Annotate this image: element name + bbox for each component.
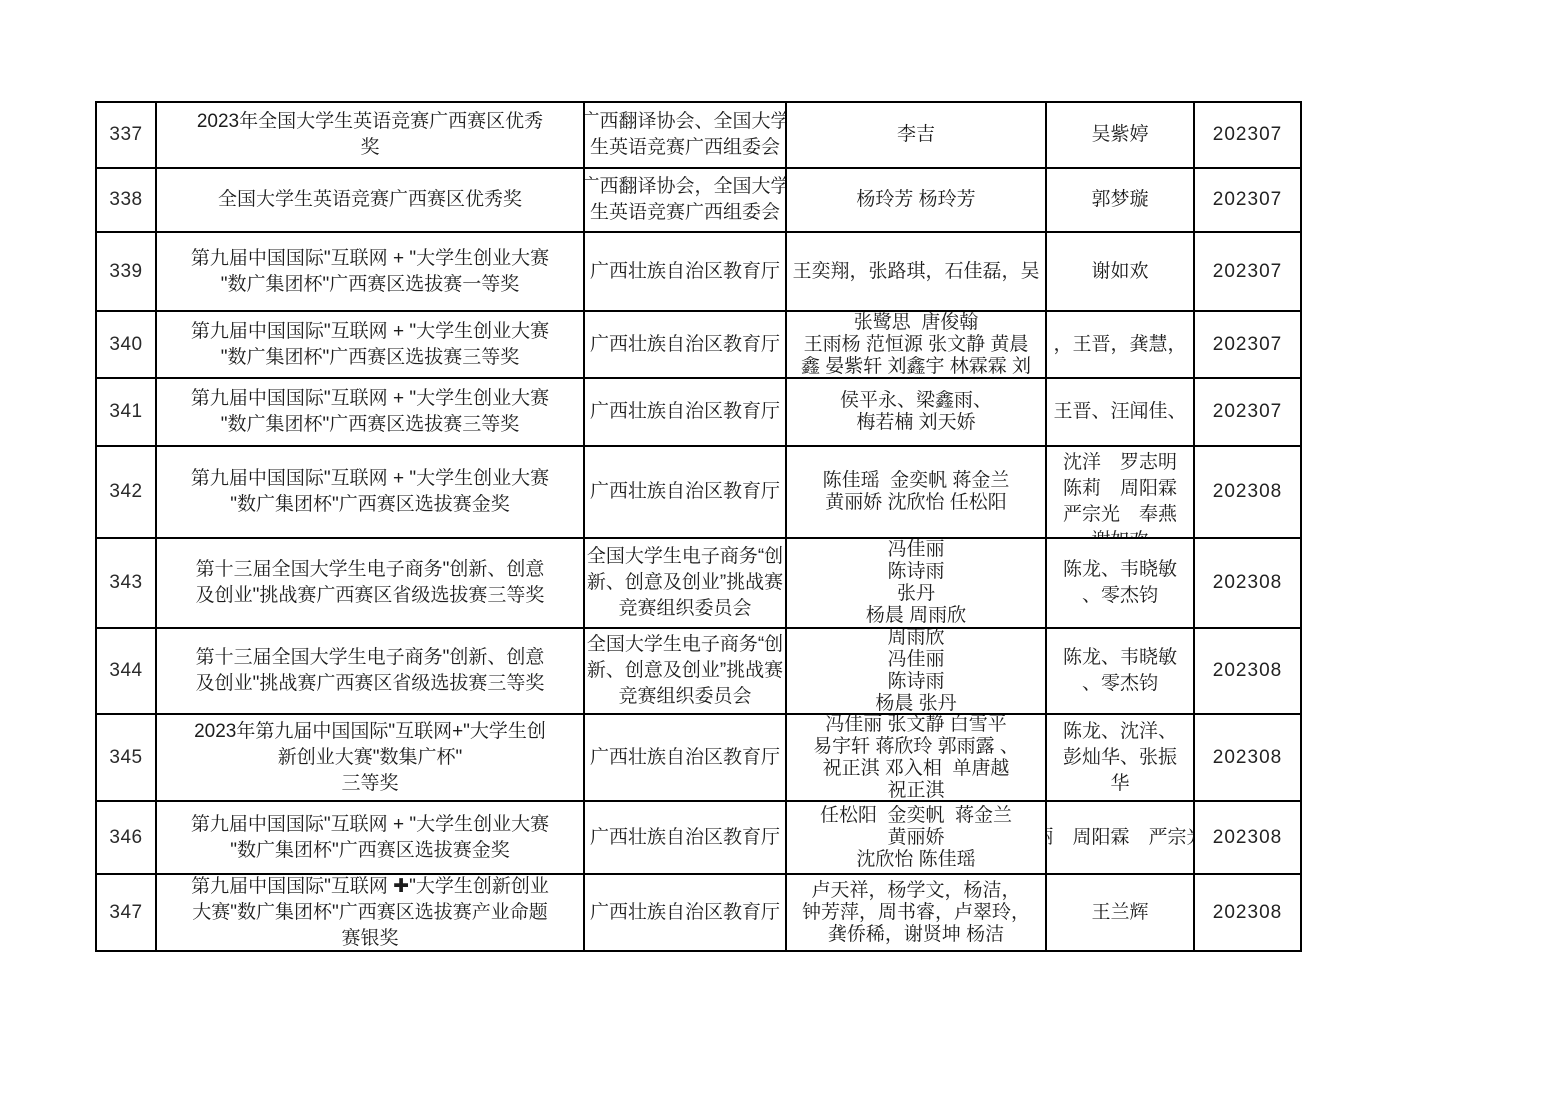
cell-student-names-text: 任松阳 金奕帆 蒋金兰 黄丽娇 沈欣怡 陈佳瑶	[820, 805, 1012, 871]
cell-date-text: 202307	[1213, 187, 1282, 213]
table-row: 3372023年全国大学生英语竞赛广西赛区优秀 奖广西翻译协会、全国大学 生英语…	[97, 103, 1302, 169]
cell-award-name-text: 第九届中国国际"互联网 + "大学生创业大赛 "数广集团杯"广西赛区选拔赛一等奖	[191, 246, 549, 298]
cell-teacher-names-text: 谢如欢	[1091, 259, 1148, 285]
cell-award-name-text: 第九届中国国际"互联网 + "大学生创业大赛 "数广集团杯"广西赛区选拔赛金奖	[191, 812, 549, 864]
cell-teacher-names-text: 陈龙、韦晓敏 、零杰钧	[1063, 645, 1177, 697]
cell-date: 202307	[1195, 103, 1302, 169]
cell-row-number-text: 341	[109, 399, 142, 425]
cell-award-name-text: 第九届中国国际"互联网 + "大学生创业大赛 "数广集团杯"广西赛区选拔赛三等奖	[191, 319, 549, 371]
cell-date: 202307	[1195, 233, 1302, 312]
cell-award-name-text: 2023年第九届中国国际"互联网+"大学生创 新创业大赛"数集广杯" 三等奖	[194, 719, 546, 797]
cell-teacher-names: 陈龙、沈洋、 彭灿华、张振 华	[1047, 715, 1195, 802]
cell-issuing-org-text: 广西壮族自治区教育厅	[590, 745, 780, 771]
cell-student-names-text: 杨玲芳 杨玲芳	[856, 189, 975, 211]
table-row: 338全国大学生英语竞赛广西赛区优秀奖广西翻译协会，全国大学 生英语竞赛广西组委…	[97, 169, 1302, 233]
cell-date-text: 202308	[1213, 825, 1282, 851]
cell-award-name: 第九届中国国际"互联网 ✚"大学生创新创业 大赛"数广集团杯"广西赛区选拔赛产业…	[157, 875, 585, 952]
cell-row-number: 337	[97, 103, 157, 169]
cell-issuing-org-text: 广西壮族自治区教育厅	[590, 479, 780, 505]
cell-student-names: 周雨欣 冯佳丽 陈诗雨 杨晨 张丹	[787, 629, 1047, 715]
cell-row-number-text: 343	[109, 570, 142, 596]
cell-row-number-text: 340	[109, 332, 142, 358]
table-row: 339第九届中国国际"互联网 + "大学生创业大赛 "数广集团杯"广西赛区选拔赛…	[97, 233, 1302, 312]
table-row: 346第九届中国国际"互联网 + "大学生创业大赛 "数广集团杯"广西赛区选拔赛…	[97, 802, 1302, 875]
cell-award-name-text: 第九届中国国际"互联网 + "大学生创业大赛 "数广集团杯"广西赛区选拔赛金奖	[191, 466, 549, 518]
cell-issuing-org: 全国大学生电子商务“创 新、创意及创业”挑战赛 竞赛组织委员会	[585, 629, 787, 715]
cell-teacher-names: 王兰辉	[1047, 875, 1195, 952]
cell-date-text: 202308	[1213, 900, 1282, 926]
cell-issuing-org: 广西翻译协会、全国大学 生英语竞赛广西组委会	[585, 103, 787, 169]
cell-teacher-names-text: 王兰辉	[1091, 900, 1148, 926]
cell-date-text: 202308	[1213, 658, 1282, 684]
document-page: { "table": { "rows": [ { "num": "337", "…	[0, 0, 1559, 1102]
cell-student-names: 陈佳瑶 金奕帆 蒋金兰 黄丽娇 沈欣怡 任松阳	[787, 447, 1047, 539]
cell-student-names-text: 周雨欣 冯佳丽 陈诗雨 杨晨 张丹	[875, 629, 956, 715]
cell-row-number-text: 344	[109, 658, 142, 684]
cell-student-names-text: 冯佳丽 张文静 白雪平 易宇轩 蒋欣玲 郭雨露 、 祝正淇 邓入相 单唐越 祝正…	[813, 715, 1019, 802]
cell-date: 202308	[1195, 629, 1302, 715]
cell-student-names: 冯佳丽 张文静 白雪平 易宇轩 蒋欣玲 郭雨露 、 祝正淇 邓入相 单唐越 祝正…	[787, 715, 1047, 802]
cell-date-text: 202307	[1213, 332, 1282, 358]
cell-row-number: 343	[97, 539, 157, 629]
cell-award-name: 第九届中国国际"互联网 + "大学生创业大赛 "数广集团杯"广西赛区选拔赛金奖	[157, 802, 585, 875]
cell-row-number: 342	[97, 447, 157, 539]
cell-date-text: 202307	[1213, 259, 1282, 285]
awards-table: 3372023年全国大学生英语竞赛广西赛区优秀 奖广西翻译协会、全国大学 生英语…	[95, 101, 1302, 952]
table-row: 347第九届中国国际"互联网 ✚"大学生创新创业 大赛"数广集团杯"广西赛区选拔…	[97, 875, 1302, 952]
cell-teacher-names-text: 郭梦璇	[1091, 187, 1148, 213]
cell-row-number: 338	[97, 169, 157, 233]
cell-teacher-names-text: 沈洋 罗志明 陈莉 周阳霖 严宗光 奉燕 谢如欢	[1063, 450, 1177, 539]
cell-issuing-org-text: 广西壮族自治区教育厅	[590, 825, 780, 851]
cell-issuing-org: 广西壮族自治区教育厅	[585, 802, 787, 875]
cell-student-names: 侯平永、梁鑫雨、 梅若楠 刘天娇	[787, 379, 1047, 447]
cell-issuing-org-text: 广西壮族自治区教育厅	[590, 259, 780, 285]
cell-row-number-text: 337	[109, 122, 142, 148]
cell-award-name: 第九届中国国际"互联网 + "大学生创业大赛 "数广集团杯"广西赛区选拔赛三等奖	[157, 312, 585, 379]
cell-award-name-text: 第十三届全国大学生电子商务"创新、创意 及创业"挑战赛广西赛区省级选拔赛三等奖	[196, 557, 545, 609]
table-row: 343第十三届全国大学生电子商务"创新、创意 及创业"挑战赛广西赛区省级选拔赛三…	[97, 539, 1302, 629]
cell-award-name: 第九届中国国际"互联网 + "大学生创业大赛 "数广集团杯"广西赛区选拔赛一等奖	[157, 233, 585, 312]
cell-date: 202307	[1195, 379, 1302, 447]
cell-teacher-names: ，王晋，龚慧，	[1047, 312, 1195, 379]
cell-teacher-names-text: 丽 周阳霖 严宗光	[1047, 825, 1195, 851]
cell-student-names-text: 侯平永、梁鑫雨、 梅若楠 刘天娇	[840, 390, 992, 434]
cell-issuing-org: 全国大学生电子商务“创 新、创意及创业”挑战赛 竞赛组织委员会	[585, 539, 787, 629]
cell-student-names-text: 卢天祥，杨学文，杨洁， 钟芳萍，周书睿，卢翠玲， 龚侨稀，谢贤坤 杨洁	[802, 880, 1030, 946]
cell-date: 202308	[1195, 875, 1302, 952]
cell-award-name-text: 第九届中国国际"互联网 ✚"大学生创新创业 大赛"数广集团杯"广西赛区选拔赛产业…	[191, 875, 549, 952]
cell-award-name: 第九届中国国际"互联网 + "大学生创业大赛 "数广集团杯"广西赛区选拔赛金奖	[157, 447, 585, 539]
cell-date-text: 202308	[1213, 570, 1282, 596]
cell-date-text: 202307	[1213, 399, 1282, 425]
cell-row-number: 347	[97, 875, 157, 952]
cell-award-name: 第十三届全国大学生电子商务"创新、创意 及创业"挑战赛广西赛区省级选拔赛三等奖	[157, 629, 585, 715]
cell-student-names-text: 王奕翔，张路琪，石佳磊，吴	[792, 261, 1039, 283]
cell-row-number-text: 342	[109, 479, 142, 505]
cell-student-names: 卢天祥，杨学文，杨洁， 钟芳萍，周书睿，卢翠玲， 龚侨稀，谢贤坤 杨洁	[787, 875, 1047, 952]
cell-student-names-text: 张鹭思 唐俊翰 王雨杨 范恒源 张文静 黄晨 鑫 晏紫轩 刘鑫宇 林霖霖 刘	[801, 312, 1031, 378]
table-row: 344第十三届全国大学生电子商务"创新、创意 及创业"挑战赛广西赛区省级选拔赛三…	[97, 629, 1302, 715]
cell-teacher-names: 丽 周阳霖 严宗光	[1047, 802, 1195, 875]
cell-teacher-names: 陈龙、韦晓敏 、零杰钧	[1047, 539, 1195, 629]
table-row: 341第九届中国国际"互联网 + "大学生创业大赛 "数广集团杯"广西赛区选拔赛…	[97, 379, 1302, 447]
cell-award-name: 第九届中国国际"互联网 + "大学生创业大赛 "数广集团杯"广西赛区选拔赛三等奖	[157, 379, 585, 447]
cell-teacher-names: 吴紫婷	[1047, 103, 1195, 169]
cell-issuing-org: 广西壮族自治区教育厅	[585, 715, 787, 802]
cell-teacher-names-text: 陈龙、韦晓敏 、零杰钧	[1063, 557, 1177, 609]
cell-award-name: 全国大学生英语竞赛广西赛区优秀奖	[157, 169, 585, 233]
cell-date: 202308	[1195, 802, 1302, 875]
cell-issuing-org-text: 广西壮族自治区教育厅	[590, 900, 780, 926]
cell-student-names: 冯佳丽 陈诗雨 张丹 杨晨 周雨欣	[787, 539, 1047, 629]
cell-date: 202308	[1195, 539, 1302, 629]
cell-award-name-text: 第九届中国国际"互联网 + "大学生创业大赛 "数广集团杯"广西赛区选拔赛三等奖	[191, 386, 549, 438]
cell-student-names: 杨玲芳 杨玲芳	[787, 169, 1047, 233]
cell-date-text: 202307	[1213, 122, 1282, 148]
cell-student-names: 任松阳 金奕帆 蒋金兰 黄丽娇 沈欣怡 陈佳瑶	[787, 802, 1047, 875]
cell-row-number: 346	[97, 802, 157, 875]
cell-date-text: 202308	[1213, 745, 1282, 771]
cell-issuing-org: 广西壮族自治区教育厅	[585, 233, 787, 312]
cell-issuing-org: 广西壮族自治区教育厅	[585, 447, 787, 539]
cell-award-name-text: 第十三届全国大学生电子商务"创新、创意 及创业"挑战赛广西赛区省级选拔赛三等奖	[196, 645, 545, 697]
cell-teacher-names: 谢如欢	[1047, 233, 1195, 312]
cell-award-name-text: 2023年全国大学生英语竞赛广西赛区优秀 奖	[197, 109, 543, 161]
cell-student-names-text: 李吉	[897, 124, 935, 146]
cell-award-name: 第十三届全国大学生电子商务"创新、创意 及创业"挑战赛广西赛区省级选拔赛三等奖	[157, 539, 585, 629]
cell-issuing-org-text: 广西壮族自治区教育厅	[590, 399, 780, 425]
table-row: 3452023年第九届中国国际"互联网+"大学生创 新创业大赛"数集广杯" 三等…	[97, 715, 1302, 802]
cell-issuing-org-text: 广西翻译协会，全国大学 生英语竞赛广西组委会	[585, 174, 787, 226]
cell-student-names: 王奕翔，张路琪，石佳磊，吴	[787, 233, 1047, 312]
cell-issuing-org-text: 全国大学生电子商务“创 新、创意及创业”挑战赛 竞赛组织委员会	[587, 632, 783, 710]
cell-row-number: 345	[97, 715, 157, 802]
cell-student-names-text: 冯佳丽 陈诗雨 张丹 杨晨 周雨欣	[866, 539, 966, 627]
cell-date: 202307	[1195, 169, 1302, 233]
cell-row-number-text: 345	[109, 745, 142, 771]
cell-award-name-text: 全国大学生英语竞赛广西赛区优秀奖	[218, 187, 522, 213]
cell-row-number-text: 339	[109, 259, 142, 285]
cell-student-names-text: 陈佳瑶 金奕帆 蒋金兰 黄丽娇 沈欣怡 任松阳	[823, 470, 1010, 514]
table-row: 340第九届中国国际"互联网 + "大学生创业大赛 "数广集团杯"广西赛区选拔赛…	[97, 312, 1302, 379]
cell-row-number-text: 347	[109, 900, 142, 926]
cell-date-text: 202308	[1213, 479, 1282, 505]
cell-award-name: 2023年第九届中国国际"互联网+"大学生创 新创业大赛"数集广杯" 三等奖	[157, 715, 585, 802]
cell-issuing-org: 广西壮族自治区教育厅	[585, 379, 787, 447]
cell-teacher-names: 王晋、汪闻佳、	[1047, 379, 1195, 447]
cell-issuing-org-text: 广西翻译协会、全国大学 生英语竞赛广西组委会	[585, 109, 787, 161]
cell-teacher-names: 郭梦璇	[1047, 169, 1195, 233]
cell-row-number: 339	[97, 233, 157, 312]
cell-row-number: 344	[97, 629, 157, 715]
cell-teacher-names: 陈龙、韦晓敏 、零杰钧	[1047, 629, 1195, 715]
cell-award-name: 2023年全国大学生英语竞赛广西赛区优秀 奖	[157, 103, 585, 169]
cell-issuing-org: 广西壮族自治区教育厅	[585, 312, 787, 379]
cell-student-names: 张鹭思 唐俊翰 王雨杨 范恒源 张文静 黄晨 鑫 晏紫轩 刘鑫宇 林霖霖 刘	[787, 312, 1047, 379]
cell-row-number: 340	[97, 312, 157, 379]
cell-issuing-org-text: 广西壮族自治区教育厅	[590, 332, 780, 358]
cell-row-number-text: 346	[109, 825, 142, 851]
cell-date: 202308	[1195, 715, 1302, 802]
cell-issuing-org-text: 全国大学生电子商务“创 新、创意及创业”挑战赛 竞赛组织委员会	[587, 544, 783, 622]
table-row: 342第九届中国国际"互联网 + "大学生创业大赛 "数广集团杯"广西赛区选拔赛…	[97, 447, 1302, 539]
cell-teacher-names-text: 吴紫婷	[1091, 122, 1148, 148]
cell-student-names: 李吉	[787, 103, 1047, 169]
cell-teacher-names-text: ，王晋，龚慧，	[1053, 332, 1186, 358]
cell-issuing-org: 广西翻译协会，全国大学 生英语竞赛广西组委会	[585, 169, 787, 233]
cell-teacher-names-text: 陈龙、沈洋、 彭灿华、张振 华	[1063, 719, 1177, 797]
cell-row-number-text: 338	[109, 187, 142, 213]
cell-teacher-names-text: 王晋、汪闻佳、	[1053, 399, 1186, 425]
cell-date: 202307	[1195, 312, 1302, 379]
cell-date: 202308	[1195, 447, 1302, 539]
cell-issuing-org: 广西壮族自治区教育厅	[585, 875, 787, 952]
cell-row-number: 341	[97, 379, 157, 447]
cell-teacher-names: 沈洋 罗志明 陈莉 周阳霖 严宗光 奉燕 谢如欢	[1047, 447, 1195, 539]
